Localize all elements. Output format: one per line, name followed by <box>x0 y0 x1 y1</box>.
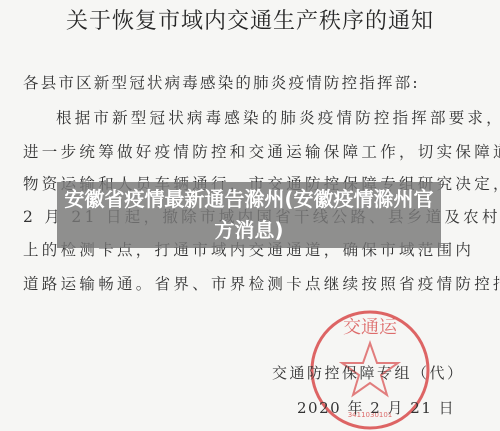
body-line: 道路运输畅通。省界、市界检测卡点继续按照省疫情防控指挥 <box>23 272 500 294</box>
signature-line: 交通防控保障专组（代） <box>272 362 465 383</box>
svg-text:交通运: 交通运 <box>343 317 398 338</box>
salutation: 各县市区新型冠状病毒感染的肺炎疫情防控指挥部: <box>23 71 420 93</box>
body-line: 根据市新型冠状病毒感染的肺炎疫情防控指挥部要求，为 <box>56 106 500 128</box>
document-date: 2020 年 2 月 21 日 <box>297 397 455 418</box>
caption-overlay-text: 安徽省疫情最新通告滁州(安徽疫情滁州官方消息) <box>57 182 441 246</box>
document-title: 关于恢复市域内交通生产秩序的通知 <box>0 4 500 35</box>
body-line: 进一步统筹做好疫情防控和交通运输保障工作，切实保障道路 <box>23 140 500 162</box>
